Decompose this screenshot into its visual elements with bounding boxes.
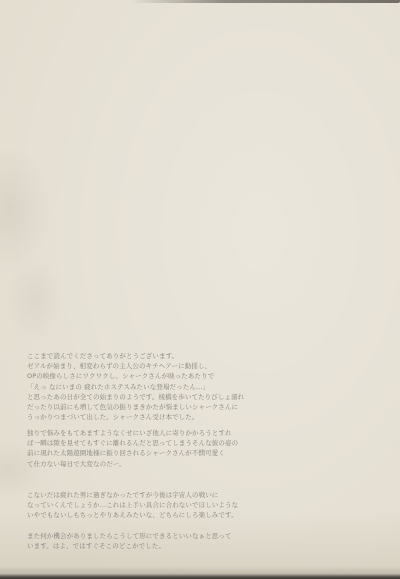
- afterword-paragraph-3: こないだは疲れた男に過ぎなかったですが今後は宇宙人の戦いに なっていくんでしょう…: [27, 490, 238, 521]
- afterword-line: また何か機会がありましたらこうして形にできるといいなぁと思って: [27, 531, 232, 541]
- afterword-line: 「えっ なにいまの 疲れたホステスみたいな登場だったん…」: [27, 382, 244, 392]
- afterword-line: こないだは疲れた男に過ぎなかったですが今後は宇宙人の戦いに: [27, 490, 238, 500]
- afterword-line: 独りで悩みをもてあますようなくせにいざ他人に寄りかかろうとすれ: [27, 428, 238, 438]
- afterword-line: と思ったあの日が全ての始まりのようです。桟橋を歩いてたりびしょ濡れ: [27, 392, 244, 402]
- page-edge-bottom: [0, 574, 400, 579]
- afterword-line: います。はよ、ではすぐそこのどこかでした。: [27, 541, 232, 551]
- page-edge-bottom-fade: [0, 566, 400, 574]
- afterword-paragraph-1: ここまで読んでくださってありがとうございます。 ゼアルが始まり、相変わらずの主人…: [27, 351, 244, 422]
- scanned-page: ここまで読んでくださってありがとうございます。 ゼアルが始まり、相変わらずの主人…: [0, 0, 400, 579]
- afterword-paragraph-4: また何か機会がありましたらこうして形にできるといいなぁと思って います。はよ、で…: [27, 531, 232, 551]
- afterword-line: なっていくんでしょうか…これは上手い具合に合わないでほしいような: [27, 500, 238, 510]
- afterword-line: 前に現れた太陽遊園地様に振り回されるシャークさんが不憫可愛く: [27, 448, 238, 458]
- afterword-line: ば一瞬は隙を見せてもすぐに離れるんだと思ってしまうそんな彼の姿の: [27, 438, 238, 448]
- afterword-line: いやでもないしもちっとやりあえみたいな、どちらにしろ楽しみです。: [27, 510, 238, 520]
- afterword-line: ここまで読んでくださってありがとうございます。: [27, 351, 244, 361]
- afterword-line: だったり以前にも増して色気の振りまきかたが悩ましいシャークさんに: [27, 402, 244, 412]
- afterword-paragraph-2: 独りで悩みをもてあますようなくせにいざ他人に寄りかかろうとすれ ば一瞬は隙を見せ…: [27, 428, 238, 469]
- afterword-line: て仕方ない毎日で大変なのだー。: [27, 459, 238, 469]
- afterword-line: うっかりつまづいて出した、シャークさん受け本でした。: [27, 412, 244, 422]
- afterword-line: OPの映像らしさにワクワクし、シャークさんが映ったあたりで: [27, 371, 244, 381]
- afterword-text-block: ここまで読んでくださってありがとうございます。 ゼアルが始まり、相変わらずの主人…: [27, 0, 377, 579]
- afterword-line: ゼアルが始まり、相変わらずの主人公のキチヘアーに動揺し、: [27, 361, 244, 371]
